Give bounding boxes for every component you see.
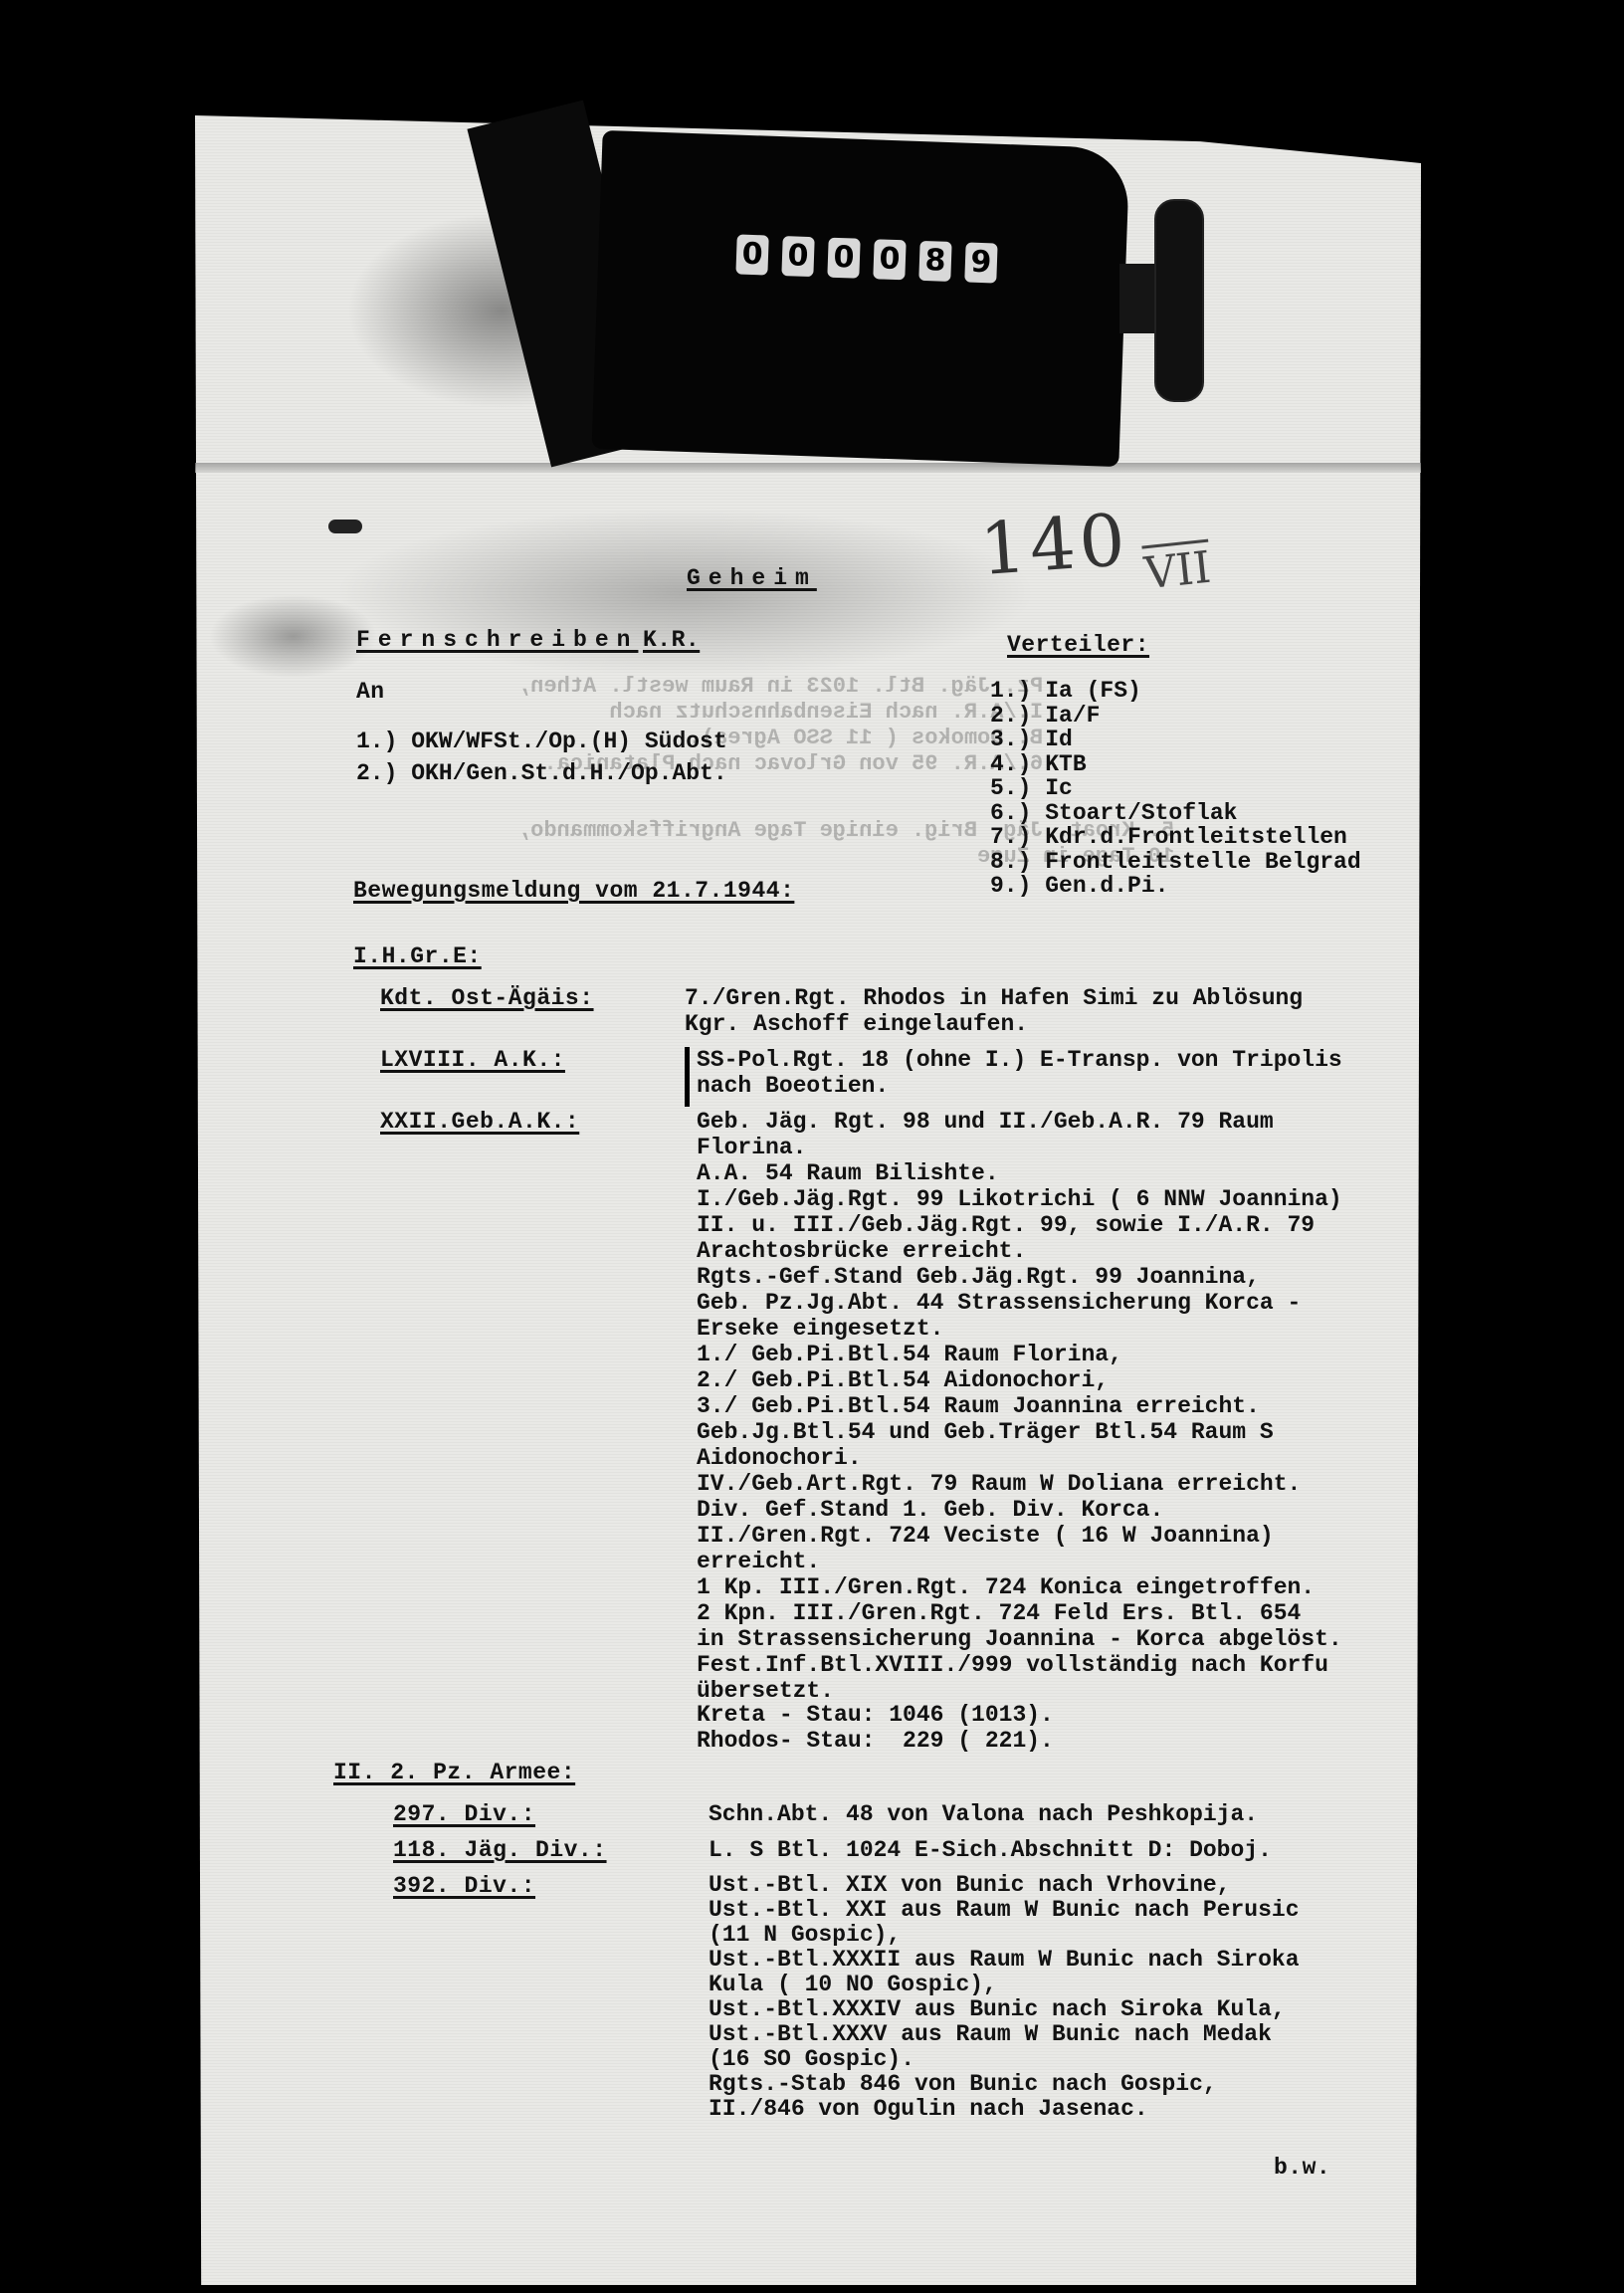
counter-digit: 0 xyxy=(873,239,906,280)
entry-text: SS-Pol.Rgt. 18 (ohne I.) E-Transp. von T… xyxy=(697,1047,1453,1099)
distribution-item: 3.) Id xyxy=(990,728,1361,752)
distribution-item: 4.) KTB xyxy=(990,752,1361,777)
stau-report: Kreta - Stau: 1046 (1013). Rhodos- Stau:… xyxy=(697,1702,1054,1754)
counter-axle xyxy=(1119,264,1159,333)
unit-label: LXVIII. A.K.: xyxy=(380,1047,565,1074)
continued-note: b.w. xyxy=(1274,2155,1330,2182)
distribution-item: 7.) Kdr.d.Frontleitstellen xyxy=(990,825,1361,850)
counter-digit: 0 xyxy=(781,236,814,277)
entry-text: Schn.Abt. 48 von Valona nach Peshkopija. xyxy=(709,1801,1465,1827)
distribution-item: 8.) Frontleitstelle Belgrad xyxy=(990,850,1361,875)
distribution-item: 2.) Ia/F xyxy=(990,704,1361,729)
entry-text: 7./Gren.Rgt. Rhodos in Hafen Simi zu Abl… xyxy=(685,985,1441,1037)
unit-label: Kdt. Ost-Ägäis: xyxy=(380,985,594,1012)
paper-fold xyxy=(195,463,1421,473)
counter-knob-icon xyxy=(1154,199,1204,402)
section-heading: II. 2. Pz. Armee: xyxy=(333,1760,575,1786)
report-title: Bewegungsmeldung vom 21.7.1944: xyxy=(353,878,794,905)
distribution-item: 9.) Gen.d.Pi. xyxy=(990,874,1361,899)
distribution-list: 1.) Ia (FS) 2.) Ia/F 3.) Id 4.) KTB 5.) … xyxy=(990,679,1361,899)
distribution-item: 6.) Stoart/Stoflak xyxy=(990,801,1361,826)
handwritten-roman-numeral: VII xyxy=(1141,539,1213,600)
entry-text: Geb. Jäg. Rgt. 98 und II./Geb.A.R. 79 Ra… xyxy=(697,1109,1453,1704)
frame-counter-device xyxy=(592,130,1130,467)
classification-stamp: Geheim xyxy=(687,565,817,592)
to-label: An xyxy=(356,679,385,706)
unit-label: XXII.Geb.A.K.: xyxy=(380,1109,579,1136)
counter-digit: 8 xyxy=(918,241,951,282)
distribution-title: Verteiler: xyxy=(1007,632,1149,659)
entry-text: L. S Btl. 1024 E-Sich.Abschnitt D: Doboj… xyxy=(709,1837,1465,1863)
handwritten-file-number: 140 xyxy=(977,498,1131,591)
counter-digit: 0 xyxy=(735,234,768,275)
document-type: Fernschreiben xyxy=(356,627,638,654)
stau-line: Rhodos- Stau: 229 ( 221). xyxy=(697,1728,1054,1754)
distribution-item: 5.) Ic xyxy=(990,776,1361,801)
recipient-list: 1.) OKW/WFSt./Op.(H) Südost 2.) OKH/Gen.… xyxy=(356,729,727,786)
recipient: 1.) OKW/WFSt./Op.(H) Südost xyxy=(356,729,727,754)
document-type-suffix: K.R. xyxy=(643,627,700,654)
unit-label: 392. Div.: xyxy=(393,1873,535,1900)
hole-punch-mark xyxy=(328,520,362,533)
entry-text: Ust.-Btl. XIX von Bunic nach Vrhovine, U… xyxy=(709,1873,1465,2122)
counter-digit: 0 xyxy=(827,238,860,279)
section-heading: I.H.Gr.E: xyxy=(353,943,482,970)
unit-label: 297. Div.: xyxy=(393,1801,535,1828)
distribution-item: 1.) Ia (FS) xyxy=(990,679,1361,704)
stau-line: Kreta - Stau: 1046 (1013). xyxy=(697,1702,1054,1728)
recipient: 2.) OKH/Gen.St.d.H./Op.Abt. xyxy=(356,760,727,786)
unit-label: 118. Jäg. Div.: xyxy=(393,1837,607,1864)
margin-mark xyxy=(685,1047,690,1107)
counter-digit: 9 xyxy=(964,242,997,283)
